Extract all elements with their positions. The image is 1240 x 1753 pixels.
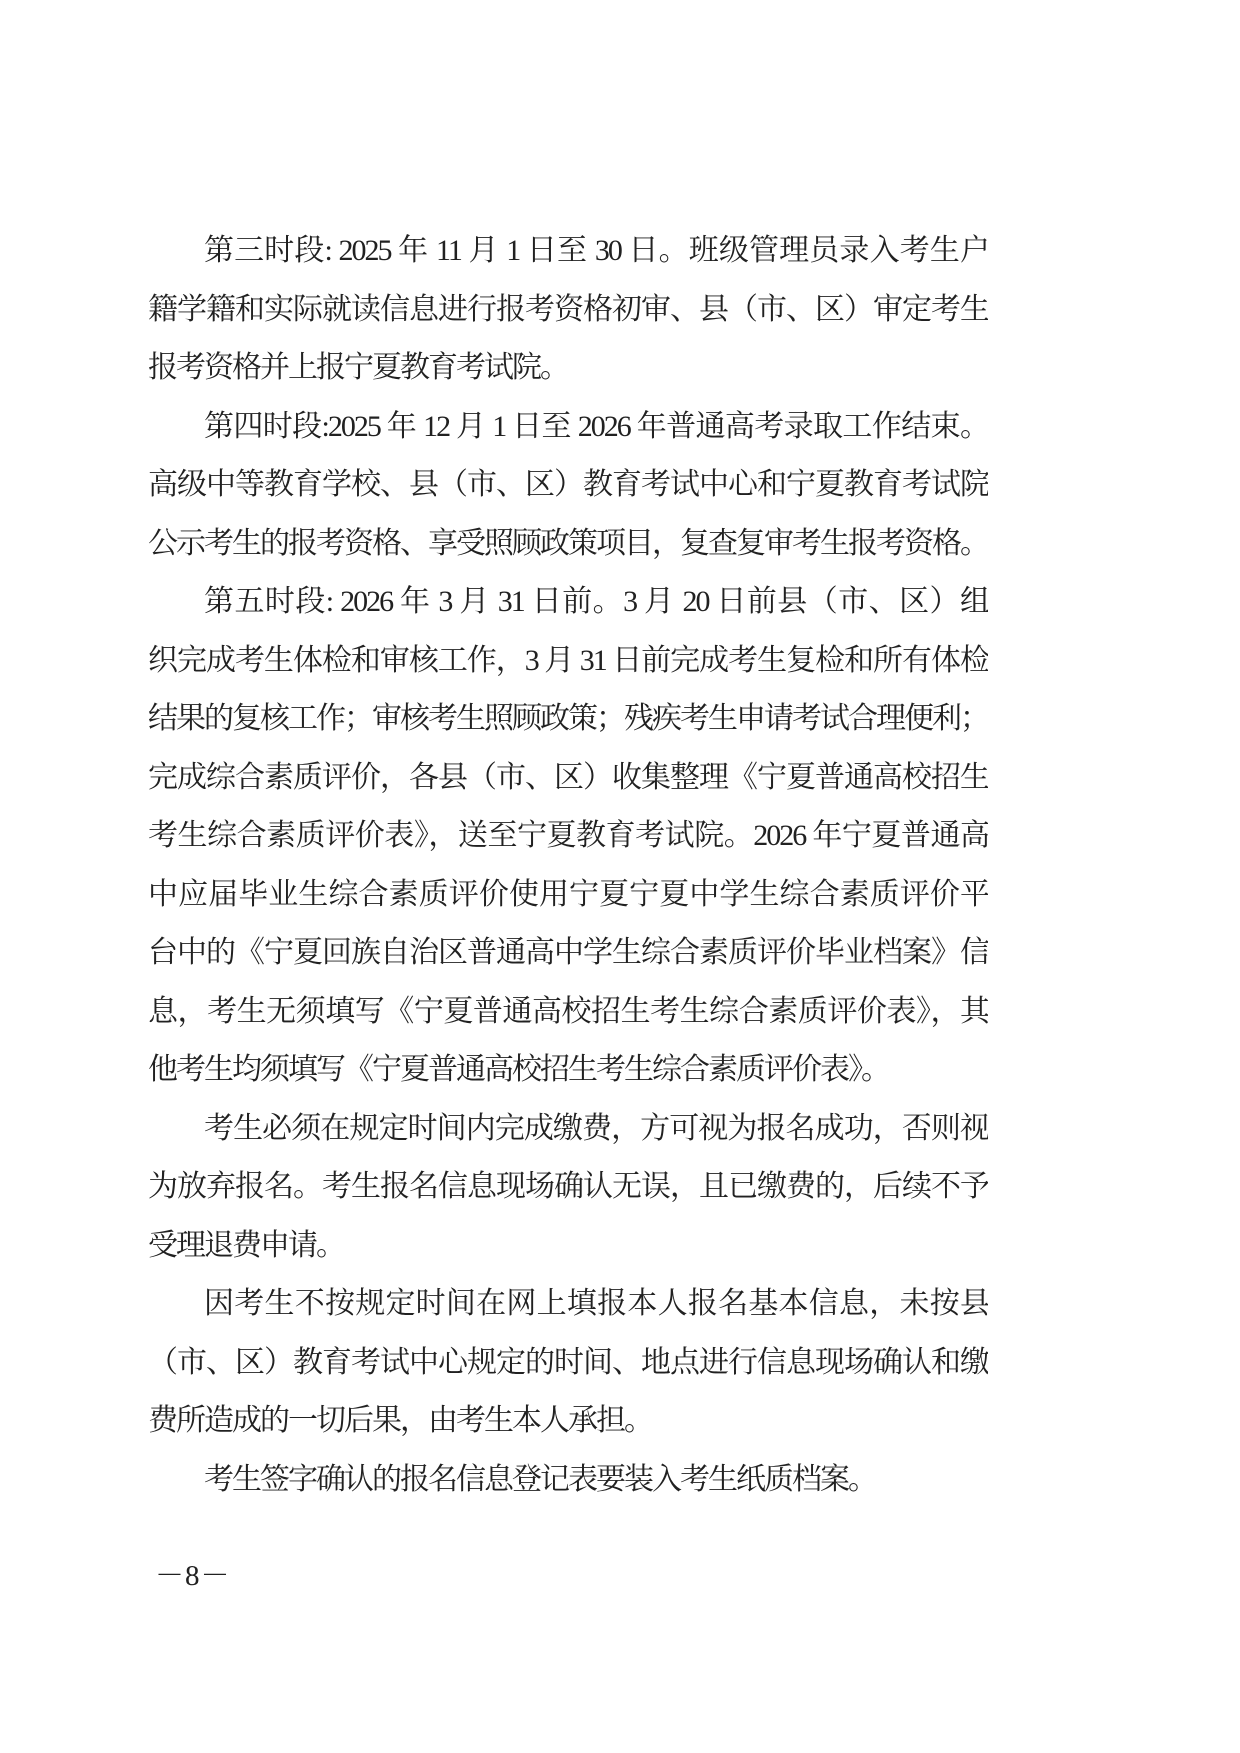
text-line: 第四时段:2025 年 12 月 1 日至 2026 年普通高考录取工作结束。 [148, 398, 988, 457]
text-line: 第五时段: 2026 年 3 月 31 日前。3 月 20 日前县（市、区）组 [148, 573, 988, 632]
text-line: 费所造成的一切后果，由考生本人承担。 [148, 1392, 988, 1451]
text-line: 考生必须在规定时间内完成缴费，方可视为报名成功，否则视 [148, 1100, 988, 1159]
text-line: 为放弃报名。考生报名信息现场确认无误，且已缴费的，后续不予 [148, 1158, 988, 1217]
text-line: （市、区）教育考试中心规定的时间、地点进行信息现场确认和缴 [148, 1334, 988, 1393]
document-text-block: 第三时段: 2025 年 11 月 1 日至 30 日。班级管理员录入考生户 籍… [148, 222, 988, 1509]
text-line: 受理退费申请。 [148, 1217, 988, 1276]
text-line: 中应届毕业生综合素质评价使用宁夏宁夏中学生综合素质评价平 [148, 866, 988, 925]
text-line: 籍学籍和实际就读信息进行报考资格初审、县（市、区）审定考生 [148, 281, 988, 340]
text-line: 结果的复核工作；审核考生照顾政策；残疾考生申请考试合理便利； [148, 690, 988, 749]
page-number: －8－ [155, 1556, 231, 1596]
text-line: 高级中等教育学校、县（市、区）教育考试中心和宁夏教育考试院 [148, 456, 988, 515]
document-page: 第三时段: 2025 年 11 月 1 日至 30 日。班级管理员录入考生户 籍… [0, 0, 1240, 1753]
text-line: 他考生均须填写《宁夏普通高校招生考生综合素质评价表》。 [148, 1041, 988, 1100]
text-line: 考生综合素质评价表》，送至宁夏教育考试院。2026 年宁夏普通高 [148, 807, 988, 866]
text-line: 报考资格并上报宁夏教育考试院。 [148, 339, 988, 398]
text-line: 因考生不按规定时间在网上填报本人报名基本信息，未按县 [148, 1275, 988, 1334]
text-line: 考生签字确认的报名信息登记表要装入考生纸质档案。 [148, 1451, 988, 1510]
text-line: 织完成考生体检和审核工作，3 月 31 日前完成考生复检和所有体检 [148, 632, 988, 691]
text-line: 台中的《宁夏回族自治区普通高中学生综合素质评价毕业档案》信 [148, 924, 988, 983]
text-line: 完成综合素质评价，各县（市、区）收集整理《宁夏普通高校招生 [148, 749, 988, 808]
text-line: 第三时段: 2025 年 11 月 1 日至 30 日。班级管理员录入考生户 [148, 222, 988, 281]
text-line: 息，考生无须填写《宁夏普通高校招生考生综合素质评价表》，其 [148, 983, 988, 1042]
text-line: 公示考生的报考资格、享受照顾政策项目，复查复审考生报考资格。 [148, 515, 988, 574]
